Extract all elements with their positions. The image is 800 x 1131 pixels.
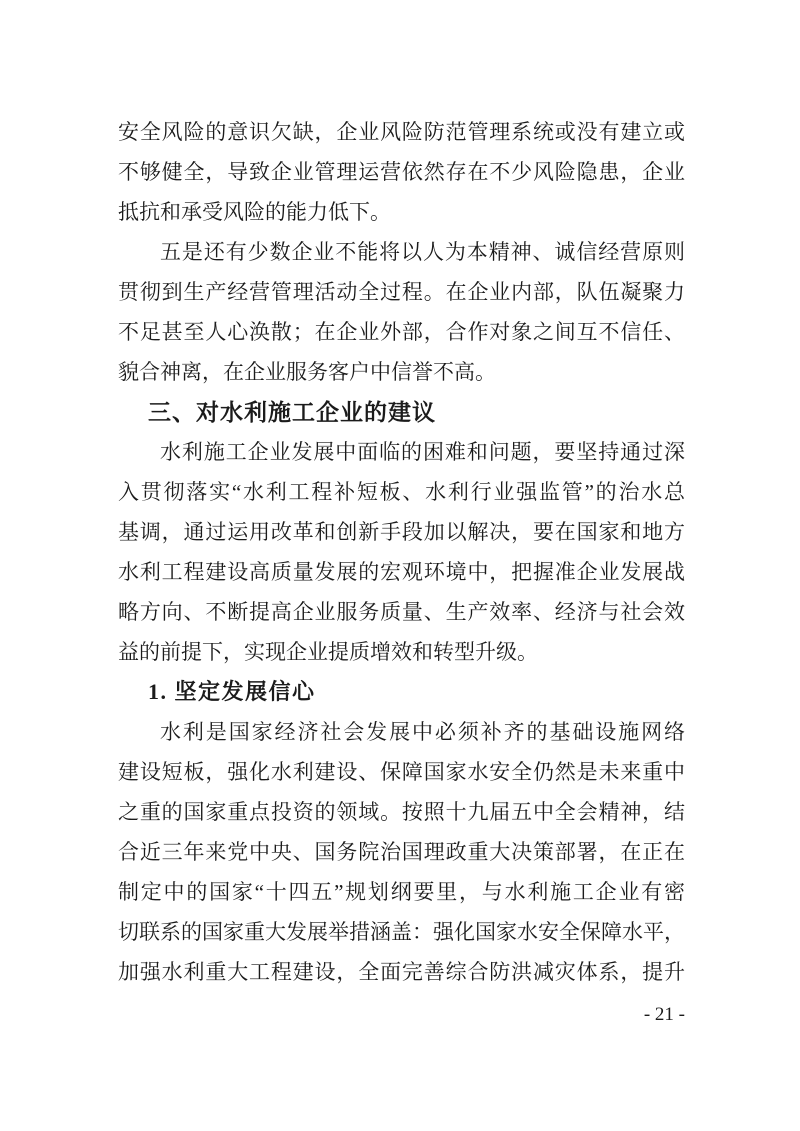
paragraph-line: 切联系的国家重大发展举措涵盖：强化国家水安全保障水平，: [118, 912, 685, 952]
document-page: 安全风险的意识欠缺，企业风险防范管理系统或没有建立或 不够健全，导致企业管理运营…: [0, 0, 800, 1131]
paragraph-line: 水利工程建设高质量发展的宏观环境中，把握准企业发展战: [118, 552, 685, 592]
paragraph-line: 略方向、不断提高企业服务质量、生产效率、经济与社会效: [118, 592, 685, 632]
paragraph-line: 益的前提下，实现企业提质增效和转型升级。: [118, 632, 685, 672]
paragraph-line: 建设短板，强化水利建设、保障国家水安全仍然是未来重中: [118, 752, 685, 792]
paragraph-line: 水利是国家经济社会发展中必须补齐的基础设施网络: [118, 712, 685, 752]
paragraph-line: 入贯彻落实“水利工程补短板、水利行业强监管”的治水总: [118, 472, 685, 512]
paragraph-line: 之重的国家重点投资的领域。按照十九届五中全会精神，结: [118, 792, 685, 832]
paragraph-line: 五是还有少数企业不能将以人为本精神、诚信经营原则: [118, 232, 685, 272]
subsection-heading: 1. 坚定发展信心: [118, 672, 685, 712]
paragraph-line: 貌合神离，在企业服务客户中信誉不高。: [118, 352, 685, 392]
paragraph-line: 安全风险的意识欠缺，企业风险防范管理系统或没有建立或: [118, 112, 685, 152]
text-block: 安全风险的意识欠缺，企业风险防范管理系统或没有建立或 不够健全，导致企业管理运营…: [118, 112, 685, 992]
paragraph-line: 不够健全，导致企业管理运营依然存在不少风险隐患，企业: [118, 152, 685, 192]
paragraph-line: 加强水利重大工程建设，全面完善综合防洪减灾体系，提升: [118, 952, 685, 992]
paragraph-line: 抵抗和承受风险的能力低下。: [118, 192, 685, 232]
paragraph-line: 水利施工企业发展中面临的困难和问题，要坚持通过深: [118, 432, 685, 472]
paragraph-line: 合近三年来党中央、国务院治国理政重大决策部署，在正在: [118, 832, 685, 872]
page-number: - 21 -: [118, 1000, 685, 1030]
section-heading: 三、对水利施工企业的建议: [118, 392, 685, 432]
paragraph-line: 制定中的国家“十四五”规划纲要里，与水利施工企业有密: [118, 872, 685, 912]
paragraph-line: 基调，通过运用改革和创新手段加以解决，要在国家和地方: [118, 512, 685, 552]
paragraph-line: 贯彻到生产经营管理活动全过程。在企业内部，队伍凝聚力: [118, 272, 685, 312]
paragraph-line: 不足甚至人心涣散；在企业外部，合作对象之间互不信任、: [118, 312, 685, 352]
